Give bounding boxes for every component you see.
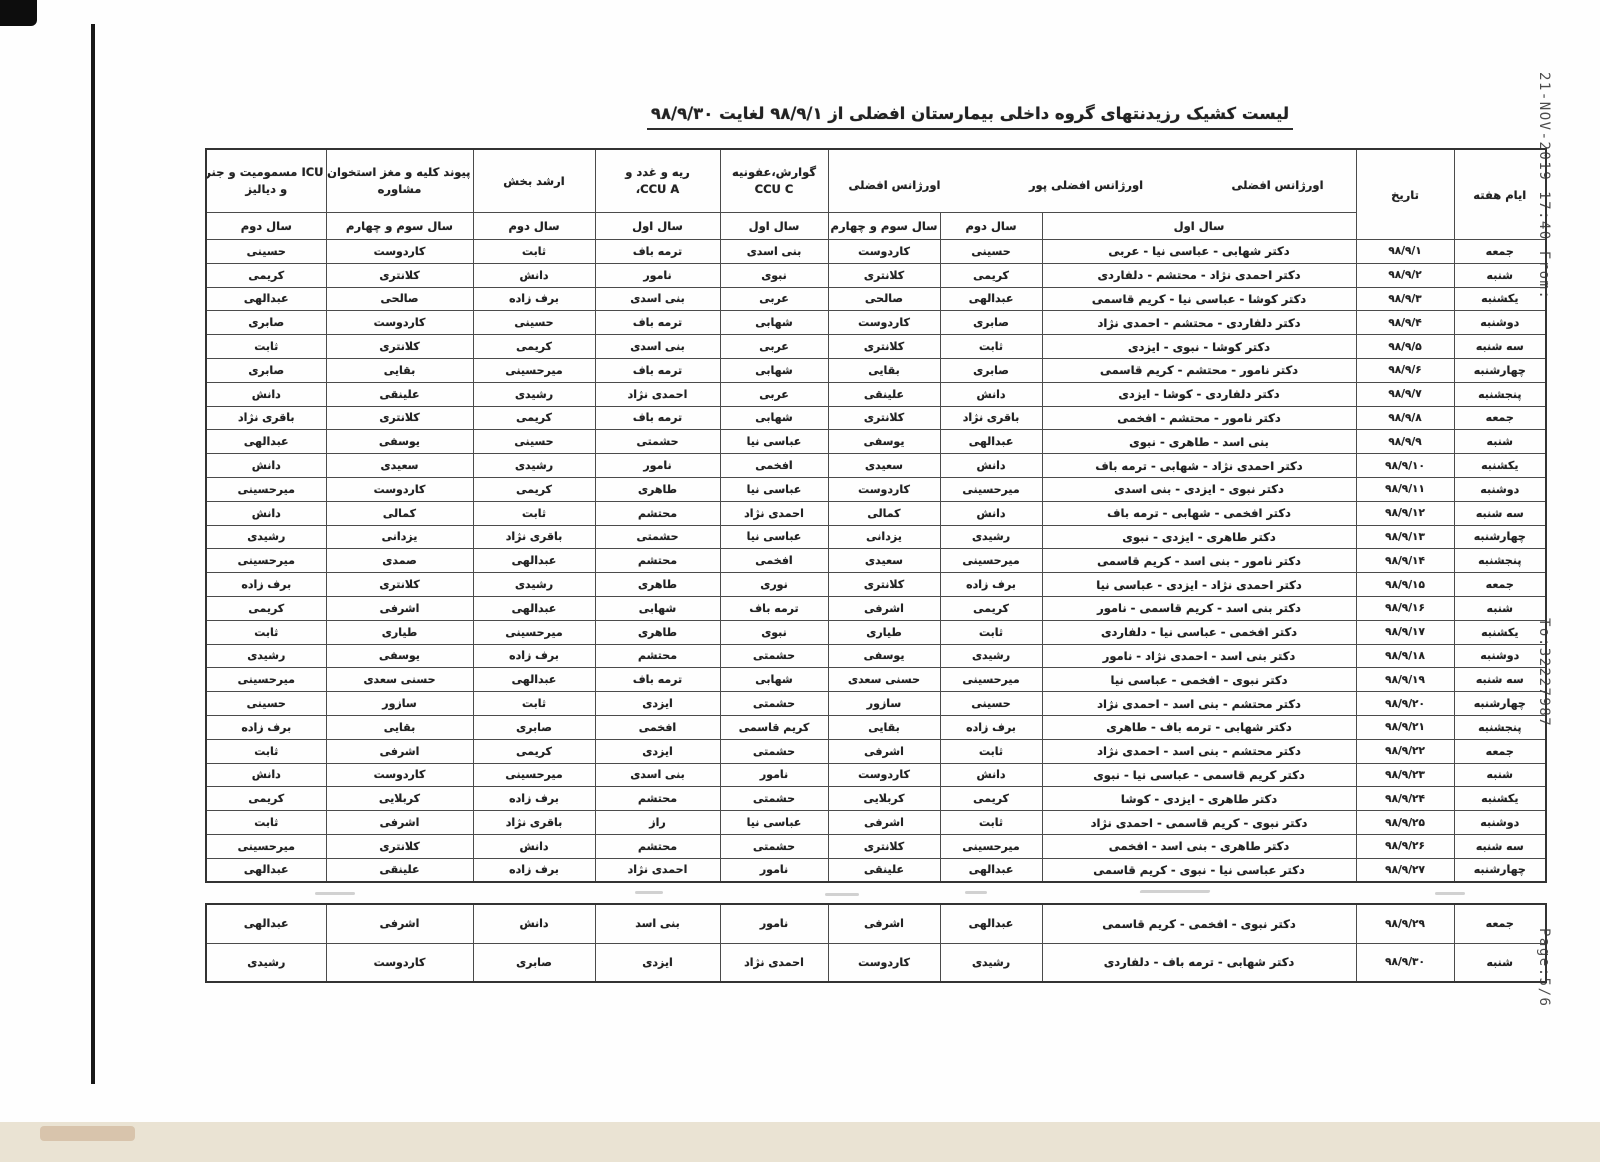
table-row: یکشنبه۹۸/۹/۲۴دکتر طاهری - ایزدی - کوشاکر… — [206, 787, 1546, 811]
cell-senior: برف زاده — [473, 787, 595, 811]
cell-transplant: صمدی — [326, 549, 473, 573]
cell-ccu-c: عربی — [720, 335, 828, 359]
scanned-fax-page: 21-NOV-2019 17:40 From: To:32227987 Page… — [0, 0, 1600, 1162]
cell-transplant: اشرفی — [326, 904, 473, 943]
cell-y2: میرحسینی — [940, 477, 1042, 501]
cell-names: دکتر نبوی - افخمی - کریم قاسمی — [1042, 904, 1356, 943]
table-row: جمعه۹۸/۹/۲۲دکتر محتشم - بنی اسد - احمدی … — [206, 739, 1546, 763]
subheader-third-fourth-year: سال سوم و چهارم — [326, 213, 473, 240]
cell-ccu-c: نوری — [720, 573, 828, 597]
cell-ccu-a: محتشم — [595, 501, 720, 525]
emergency-label-left: اورژانس افضلی — [849, 178, 941, 192]
table-row: سه شنبه۹۸/۹/۲۶دکتر طاهری - بنی اسد - افخ… — [206, 834, 1546, 858]
cell-names: دکتر احمدی نژاد - ایزدی - عباسی نیا — [1042, 573, 1356, 597]
table-row: جمعه۹۸/۹/۲۹دکتر نبوی - افخمی - کریم قاسم… — [206, 904, 1546, 943]
cell-names: دکتر محتشم - بنی اسد - احمدی نژاد — [1042, 692, 1356, 716]
table-row: سه شنبه۹۸/۹/۱۲دکتر افخمی - شهابی - ترمه … — [206, 501, 1546, 525]
cell-ccu-c: شهابی — [720, 406, 828, 430]
cell-senior: رشیدی — [473, 573, 595, 597]
cell-day: شنبه — [1454, 763, 1546, 787]
cell-date: ۹۸/۹/۲۹ — [1356, 904, 1454, 943]
cell-day: چهارشنبه — [1454, 525, 1546, 549]
cell-y34: کاردوست — [828, 240, 940, 264]
cell-day: یکشنبه — [1454, 287, 1546, 311]
cell-ccu-c: نامور — [720, 904, 828, 943]
cell-names: دکتر دلفاردی - کوشا - ایزدی — [1042, 382, 1356, 406]
subheader-first-year: سال اول — [1042, 213, 1356, 240]
cell-senior: عبدالهی — [473, 549, 595, 573]
cell-transplant: اشرفی — [326, 596, 473, 620]
cell-icu: عبدالهی — [206, 430, 326, 454]
cell-transplant: کلانتری — [326, 834, 473, 858]
cell-day: سه شنبه — [1454, 834, 1546, 858]
shift-schedule-table-continued: جمعه۹۸/۹/۲۹دکتر نبوی - افخمی - کریم قاسم… — [205, 903, 1547, 983]
cell-transplant: سازور — [326, 692, 473, 716]
cell-senior: برف زاده — [473, 858, 595, 882]
cell-ccu-a: ایزدی — [595, 739, 720, 763]
cell-icu: میرحسینی — [206, 834, 326, 858]
cell-senior: عبدالهی — [473, 596, 595, 620]
cell-ccu-c: عربی — [720, 287, 828, 311]
cell-day: پنجشنبه — [1454, 715, 1546, 739]
cell-y2: باقری نژاد — [940, 406, 1042, 430]
cell-ccu-a: نامور — [595, 263, 720, 287]
cell-icu: ثابت — [206, 739, 326, 763]
cell-ccu-a: طاهری — [595, 573, 720, 597]
cell-y34: طیاری — [828, 620, 940, 644]
cell-names: دکتر افخمی - عباسی نیا - دلفاردی — [1042, 620, 1356, 644]
cell-day: سه شنبه — [1454, 668, 1546, 692]
cell-transplant: کاردوست — [326, 311, 473, 335]
cell-ccu-c: نبوی — [720, 620, 828, 644]
cell-ccu-a: بنی اسد — [595, 904, 720, 943]
cell-day: شنبه — [1454, 943, 1546, 982]
table-row: یکشنبه۹۸/۹/۳دکتر کوشا - عباسی نیا - کریم… — [206, 287, 1546, 311]
cell-y2: رشیدی — [940, 525, 1042, 549]
cell-icu: میرحسینی — [206, 477, 326, 501]
cell-ccu-a: احمدی نژاد — [595, 382, 720, 406]
cell-senior: دانش — [473, 904, 595, 943]
cell-names: دکتر طاهری - ایزدی - نبوی — [1042, 525, 1356, 549]
cell-senior: برف زاده — [473, 644, 595, 668]
table-body: جمعه۹۸/۹/۱دکتر شهابی - عباسی نیا - عربیح… — [206, 240, 1546, 883]
cell-y34: کاردوست — [828, 943, 940, 982]
cell-y2: صابری — [940, 311, 1042, 335]
cell-names: دکتر نبوی - کریم قاسمی - احمدی نژاد — [1042, 811, 1356, 835]
cell-day: جمعه — [1454, 573, 1546, 597]
emergency-label-right: اورژانس افضلی — [1232, 178, 1324, 192]
cell-ccu-a: طاهری — [595, 477, 720, 501]
cell-date: ۹۸/۹/۱۹ — [1356, 668, 1454, 692]
cell-names: دکتر طاهری - ایزدی - کوشا — [1042, 787, 1356, 811]
cell-senior: کریمی — [473, 477, 595, 501]
cell-transplant: یوسفی — [326, 644, 473, 668]
cell-y34: کلانتری — [828, 335, 940, 359]
cell-ccu-a: محتشم — [595, 644, 720, 668]
cell-senior: حسینی — [473, 430, 595, 454]
table-row: شنبه۹۸/۹/۲دکتر احمدی نژاد - محتشم - دلفا… — [206, 263, 1546, 287]
cell-names: دکتر افخمی - شهابی - ترمه باف — [1042, 501, 1356, 525]
cell-ccu-a: افخمی — [595, 715, 720, 739]
cell-icu: میرحسینی — [206, 549, 326, 573]
cell-names: دکتر شهابی - عباسی نیا - عربی — [1042, 240, 1356, 264]
cell-ccu-c: نامور — [720, 858, 828, 882]
cell-y2: میرحسینی — [940, 834, 1042, 858]
cell-day: دوشنبه — [1454, 644, 1546, 668]
cell-names: دکتر احمدی نژاد - محتشم - دلفاردی — [1042, 263, 1356, 287]
cell-y2: عبدالهی — [940, 430, 1042, 454]
table-row: شنبه۹۸/۹/۱۶دکتر بنی اسد - کریم قاسمی - ن… — [206, 596, 1546, 620]
cell-day: چهارشنبه — [1454, 358, 1546, 382]
col-header-icu-dialysis: ICU مسمومیت و جنرال، و دیالیز — [206, 149, 326, 213]
cell-ccu-a: بنی اسدی — [595, 763, 720, 787]
cell-y2: دانش — [940, 763, 1042, 787]
cell-ccu-a: ترمه باف — [595, 311, 720, 335]
scan-bottom-smudge — [40, 1126, 135, 1141]
cell-ccu-c: شهابی — [720, 358, 828, 382]
cell-icu: ثابت — [206, 335, 326, 359]
cell-y34: علینقی — [828, 858, 940, 882]
table-row: جمعه۹۸/۹/۸دکتر نامور - محتشم - افخمیباقر… — [206, 406, 1546, 430]
cell-transplant: حسنی سعدی — [326, 668, 473, 692]
table-header: ایام هفته تاریخ اورژانس افضلی اورژانس اف… — [206, 149, 1546, 240]
shift-schedule-table: ایام هفته تاریخ اورژانس افضلی اورژانس اف… — [205, 148, 1547, 883]
cell-ccu-c: شهابی — [720, 668, 828, 692]
cell-date: ۹۸/۹/۵ — [1356, 335, 1454, 359]
cell-day: چهارشنبه — [1454, 858, 1546, 882]
cell-date: ۹۸/۹/۱۷ — [1356, 620, 1454, 644]
cell-day: جمعه — [1454, 904, 1546, 943]
cell-y2: ثابت — [940, 739, 1042, 763]
cell-y34: علینقی — [828, 382, 940, 406]
cell-ccu-a: ایزدی — [595, 692, 720, 716]
cell-transplant: علینقی — [326, 858, 473, 882]
cell-date: ۹۸/۹/۶ — [1356, 358, 1454, 382]
cell-y34: حسنی سعدی — [828, 668, 940, 692]
table-row: یکشنبه۹۸/۹/۱۷دکتر افخمی - عباسی نیا - دل… — [206, 620, 1546, 644]
table-row: پنجشنبه۹۸/۹/۱۴دکتر نامور - بنی اسد - کری… — [206, 549, 1546, 573]
cell-ccu-c: حشمتی — [720, 692, 828, 716]
cell-date: ۹۸/۹/۱۶ — [1356, 596, 1454, 620]
cell-y2: عبدالهی — [940, 858, 1042, 882]
cell-y34: سعیدی — [828, 549, 940, 573]
cell-day: یکشنبه — [1454, 787, 1546, 811]
col-header-ward-senior: ارشد بخش — [473, 149, 595, 213]
cell-ccu-a: حشمتی — [595, 525, 720, 549]
cell-y34: کلانتری — [828, 263, 940, 287]
cell-icu: دانش — [206, 382, 326, 406]
cell-date: ۹۸/۹/۱ — [1356, 240, 1454, 264]
cell-senior: رشیدی — [473, 454, 595, 478]
cell-date: ۹۸/۹/۲۴ — [1356, 787, 1454, 811]
cell-ccu-a: محتشم — [595, 834, 720, 858]
table-row: شنبه۹۸/۹/۳۰دکتر شهابی - ترمه باف - دلفار… — [206, 943, 1546, 982]
cell-ccu-c: افخمی — [720, 454, 828, 478]
cell-transplant: اشرفی — [326, 811, 473, 835]
cell-names: بنی اسد - طاهری - نبوی — [1042, 430, 1356, 454]
cell-names: دکتر عباسی نیا - نبوی - کریم قاسمی — [1042, 858, 1356, 882]
subheader-first-year: سال اول — [595, 213, 720, 240]
cell-date: ۹۸/۹/۷ — [1356, 382, 1454, 406]
cell-names: دکتر نبوی - افخمی - عباسی نیا — [1042, 668, 1356, 692]
cell-date: ۹۸/۹/۱۱ — [1356, 477, 1454, 501]
cell-y34: سازور — [828, 692, 940, 716]
cell-transplant: بقایی — [326, 358, 473, 382]
cell-ccu-a: ایزدی — [595, 943, 720, 982]
cell-day: شنبه — [1454, 596, 1546, 620]
table-row: دوشنبه۹۸/۹/۴دکتر دلفاردی - محتشم - احمدی… — [206, 311, 1546, 335]
cell-transplant: کلانتری — [326, 573, 473, 597]
cell-icu: ثابت — [206, 811, 326, 835]
cell-ccu-c: حشمتی — [720, 787, 828, 811]
cell-icu: رشیدی — [206, 525, 326, 549]
cell-y2: دانش — [940, 382, 1042, 406]
cell-ccu-c: احمدی نژاد — [720, 943, 828, 982]
cell-names: دکتر نامور - محتشم - کریم قاسمی — [1042, 358, 1356, 382]
cell-senior: باقری نژاد — [473, 525, 595, 549]
cell-ccu-a: شهابی — [595, 596, 720, 620]
cell-y34: کاردوست — [828, 763, 940, 787]
cell-transplant: علینقی — [326, 382, 473, 406]
emergency-label-center: اورژانس افضلی پور — [1029, 178, 1143, 192]
cell-names: دکتر شهابی - ترمه باف - طاهری — [1042, 715, 1356, 739]
cell-icu: دانش — [206, 454, 326, 478]
cell-day: یکشنبه — [1454, 454, 1546, 478]
cell-y34: کلانتری — [828, 406, 940, 430]
cell-icu: حسینی — [206, 240, 326, 264]
cell-transplant: کاردوست — [326, 763, 473, 787]
cell-day: سه شنبه — [1454, 335, 1546, 359]
cell-ccu-c: احمدی نژاد — [720, 501, 828, 525]
cell-transplant: کلانتری — [326, 335, 473, 359]
cell-ccu-a: بنی اسدی — [595, 287, 720, 311]
cell-names: دکتر نامور - محتشم - افخمی — [1042, 406, 1356, 430]
cell-icu: رشیدی — [206, 943, 326, 982]
cell-y34: اشرفی — [828, 904, 940, 943]
table-row: دوشنبه۹۸/۹/۲۵دکتر نبوی - کریم قاسمی - اح… — [206, 811, 1546, 835]
cell-ccu-c: نامور — [720, 763, 828, 787]
scan-edge-line — [91, 24, 95, 1084]
cell-senior: ثابت — [473, 692, 595, 716]
cell-ccu-a: بنی اسدی — [595, 335, 720, 359]
cell-date: ۹۸/۹/۹ — [1356, 430, 1454, 454]
cell-senior: دانش — [473, 834, 595, 858]
cell-senior: عبدالهی — [473, 668, 595, 692]
cell-ccu-c: نبوی — [720, 263, 828, 287]
cell-date: ۹۸/۹/۱۴ — [1356, 549, 1454, 573]
document-title-text: لیست کشیک رزیدنتهای گروه داخلی بیمارستان… — [647, 104, 1293, 130]
cell-transplant: سعیدی — [326, 454, 473, 478]
cell-y2: میرحسینی — [940, 668, 1042, 692]
cell-day: دوشنبه — [1454, 477, 1546, 501]
table-row: شنبه۹۸/۹/۲۳دکتر کریم قاسمی - عباسی نیا -… — [206, 763, 1546, 787]
subheader-second-year: سال دوم — [473, 213, 595, 240]
cell-day: سه شنبه — [1454, 501, 1546, 525]
cell-y2: حسینی — [940, 692, 1042, 716]
cell-icu: باقری نژاد — [206, 406, 326, 430]
cell-y34: کمالی — [828, 501, 940, 525]
cell-y34: کاردوست — [828, 311, 940, 335]
cell-icu: دانش — [206, 501, 326, 525]
table-row: پنجشنبه۹۸/۹/۷دکتر دلفاردی - کوشا - ایزدی… — [206, 382, 1546, 406]
cell-y34: کاردوست — [828, 477, 940, 501]
col-header-transplant-consult: پیوند کلیه و مغز استخوان و مشاوره — [326, 149, 473, 213]
table-row: شنبه۹۸/۹/۹بنی اسد - طاهری - نبویعبدالهیی… — [206, 430, 1546, 454]
cell-icu: برف زاده — [206, 573, 326, 597]
cell-transplant: کربلایی — [326, 787, 473, 811]
cell-y2: ثابت — [940, 811, 1042, 835]
col-header-date: تاریخ — [1356, 149, 1454, 240]
cell-transplant: کاردوست — [326, 240, 473, 264]
subheader-first-year: سال اول — [720, 213, 828, 240]
cell-senior: میرحسینی — [473, 763, 595, 787]
cell-day: پنجشنبه — [1454, 382, 1546, 406]
cell-ccu-a: ترمه باف — [595, 668, 720, 692]
table-row: چهارشنبه۹۸/۹/۲۰دکتر محتشم - بنی اسد - اح… — [206, 692, 1546, 716]
cell-ccu-c: عباسی نیا — [720, 811, 828, 835]
cell-icu: ثابت — [206, 620, 326, 644]
cell-senior: باقری نژاد — [473, 811, 595, 835]
cell-icu: صابری — [206, 311, 326, 335]
cell-y2: حسینی — [940, 240, 1042, 264]
col-header-emergency-band: اورژانس افضلی اورژانس افضلی پور اورژانس … — [828, 149, 1356, 213]
cell-y34: کلانتری — [828, 573, 940, 597]
cell-names: دکتر کوشا - عباسی نیا - کریم قاسمی — [1042, 287, 1356, 311]
col-header-weekday: ایام هفته — [1454, 149, 1546, 240]
cell-senior: کریمی — [473, 335, 595, 359]
cell-ccu-a: احمدی نژاد — [595, 858, 720, 882]
cell-date: ۹۸/۹/۸ — [1356, 406, 1454, 430]
cell-day: چهارشنبه — [1454, 692, 1546, 716]
cell-names: دکتر دلفاردی - محتشم - احمدی نژاد — [1042, 311, 1356, 335]
cell-senior: کریمی — [473, 406, 595, 430]
cell-y2: صابری — [940, 358, 1042, 382]
cell-icu: میرحسینی — [206, 668, 326, 692]
cell-senior: میرحسینی — [473, 358, 595, 382]
cell-ccu-a: حشمتی — [595, 430, 720, 454]
cell-date: ۹۸/۹/۲ — [1356, 263, 1454, 287]
cell-date: ۹۸/۹/۲۵ — [1356, 811, 1454, 835]
cell-icu: برف زاده — [206, 715, 326, 739]
cell-day: دوشنبه — [1454, 811, 1546, 835]
cell-transplant: کلانتری — [326, 406, 473, 430]
cell-day: جمعه — [1454, 240, 1546, 264]
cell-transplant: یوسفی — [326, 430, 473, 454]
cell-y2: ثابت — [940, 335, 1042, 359]
table-row: دوشنبه۹۸/۹/۱۱دکتر نبوی - ایزدی - بنی اسد… — [206, 477, 1546, 501]
cell-y2: میرحسینی — [940, 549, 1042, 573]
cell-date: ۹۸/۹/۲۷ — [1356, 858, 1454, 882]
cell-icu: دانش — [206, 763, 326, 787]
cell-y34: بقایی — [828, 358, 940, 382]
cell-transplant: صالحی — [326, 287, 473, 311]
cell-icu: کریمی — [206, 787, 326, 811]
cell-icu: رشیدی — [206, 644, 326, 668]
cell-names: دکتر کریم قاسمی - عباسی نیا - نبوی — [1042, 763, 1356, 787]
cell-ccu-a: محتشم — [595, 549, 720, 573]
table-row: سه شنبه۹۸/۹/۱۹دکتر نبوی - افخمی - عباسی … — [206, 668, 1546, 692]
cell-y34: یوسفی — [828, 430, 940, 454]
cell-y34: یزدانی — [828, 525, 940, 549]
header-band-row: ایام هفته تاریخ اورژانس افضلی اورژانس اف… — [206, 149, 1546, 213]
table-row: جمعه۹۸/۹/۱۵دکتر احمدی نژاد - ایزدی - عبا… — [206, 573, 1546, 597]
subheader-second-year: سال دوم — [206, 213, 326, 240]
cell-day: جمعه — [1454, 406, 1546, 430]
table-body-continued: جمعه۹۸/۹/۲۹دکتر نبوی - افخمی - کریم قاسم… — [206, 904, 1546, 982]
cell-ccu-c: عربی — [720, 382, 828, 406]
cell-icu: کریمی — [206, 596, 326, 620]
cell-names: دکتر احمدی نژاد - شهابی - ترمه باف — [1042, 454, 1356, 478]
table-row: پنجشنبه۹۸/۹/۲۱دکتر شهابی - ترمه باف - طا… — [206, 715, 1546, 739]
cell-senior: ثابت — [473, 501, 595, 525]
cell-y2: کریمی — [940, 596, 1042, 620]
cell-y2: رشیدی — [940, 943, 1042, 982]
cell-ccu-c: حشمتی — [720, 644, 828, 668]
cell-date: ۹۸/۹/۱۰ — [1356, 454, 1454, 478]
cell-y34: اشرفی — [828, 811, 940, 835]
cell-y34: سعیدی — [828, 454, 940, 478]
cell-y2: برف زاده — [940, 715, 1042, 739]
cell-ccu-a: طاهری — [595, 620, 720, 644]
cell-names: دکتر محتشم - بنی اسد - احمدی نژاد — [1042, 739, 1356, 763]
cell-senior: حسینی — [473, 311, 595, 335]
cell-y34: اشرفی — [828, 739, 940, 763]
cell-date: ۹۸/۹/۲۶ — [1356, 834, 1454, 858]
cell-senior: صابری — [473, 715, 595, 739]
cell-ccu-c: عباسی نیا — [720, 430, 828, 454]
cell-icu: عبدالهی — [206, 287, 326, 311]
cell-ccu-c: حشمتی — [720, 739, 828, 763]
cell-names: دکتر کوشا - نبوی - ایزدی — [1042, 335, 1356, 359]
cell-senior: میرحسینی — [473, 620, 595, 644]
cell-senior: دانش — [473, 263, 595, 287]
cell-y2: کریمی — [940, 263, 1042, 287]
cell-date: ۹۸/۹/۲۱ — [1356, 715, 1454, 739]
cell-y2: ثابت — [940, 620, 1042, 644]
cell-ccu-c: بنی اسدی — [720, 240, 828, 264]
header-year-row: سال اول سال دوم سال سوم و چهارم سال اول … — [206, 213, 1546, 240]
cell-day: پنجشنبه — [1454, 549, 1546, 573]
cell-transplant: کاردوست — [326, 477, 473, 501]
cell-day: شنبه — [1454, 430, 1546, 454]
cell-ccu-a: راز — [595, 811, 720, 835]
cell-y2: رشیدی — [940, 644, 1042, 668]
cell-date: ۹۸/۹/۱۵ — [1356, 573, 1454, 597]
cell-date: ۹۸/۹/۱۸ — [1356, 644, 1454, 668]
scan-bottom-strip — [0, 1122, 1600, 1162]
cell-icu: صابری — [206, 358, 326, 382]
cell-senior: ثابت — [473, 240, 595, 264]
cell-y2: عبدالهی — [940, 287, 1042, 311]
cell-y2: عبدالهی — [940, 904, 1042, 943]
cell-ccu-a: ترمه باف — [595, 358, 720, 382]
table-row: سه شنبه۹۸/۹/۵دکتر کوشا - نبوی - ایزدیثاب… — [206, 335, 1546, 359]
cell-y2: دانش — [940, 454, 1042, 478]
cell-y34: یوسفی — [828, 644, 940, 668]
col-header-gi-ccu-c: گوارش،عفونیه CCU C — [720, 149, 828, 213]
cell-y34: صالحی — [828, 287, 940, 311]
cell-transplant: کاردوست — [326, 943, 473, 982]
subheader-second-year: سال دوم — [940, 213, 1042, 240]
cell-y34: کربلایی — [828, 787, 940, 811]
cell-date: ۹۸/۹/۲۰ — [1356, 692, 1454, 716]
subheader-third-fourth-year: سال سوم و چهارم — [828, 213, 940, 240]
cell-transplant: کمالی — [326, 501, 473, 525]
cell-date: ۹۸/۹/۱۳ — [1356, 525, 1454, 549]
table-row: یکشنبه۹۸/۹/۱۰دکتر احمدی نژاد - شهابی - ت… — [206, 454, 1546, 478]
cell-y34: کلانتری — [828, 834, 940, 858]
cell-day: شنبه — [1454, 263, 1546, 287]
